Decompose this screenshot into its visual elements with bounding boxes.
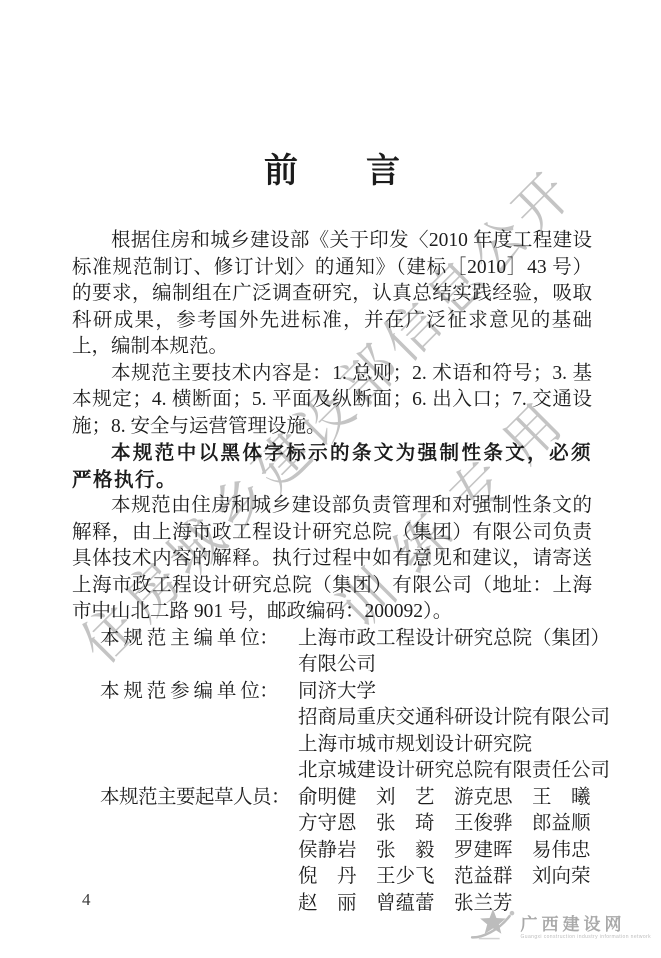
paragraph-basis: 根据住房和城乡建设部《关于印发〈2010 年度工程建设标准规范制订、修订计划〉的… bbox=[72, 228, 592, 361]
document-page: 住房城乡建设部信息公开 训练专用 前 言 根据住房和城乡建设部《关于印发〈201… bbox=[0, 0, 661, 958]
chief-editing-unit-values: 上海市政工程设计研究总院（集团） 有限公司 bbox=[298, 626, 610, 679]
paragraph-administration: 本规范由住房和城乡建设部负责管理和对强制性条文的解释，由上海市政工程设计研究总院… bbox=[72, 493, 592, 626]
credit-line: 招商局重庆交通科研设计院有限公司 bbox=[298, 705, 610, 732]
credit-line: 上海市政工程设计研究总院（集团） bbox=[298, 626, 610, 653]
page-title: 前 言 bbox=[72, 150, 592, 194]
participating-units-row: 本 规 范 参 编 单 位： 同济大学 招商局重庆交通科研设计院有限公司 上海市… bbox=[72, 679, 592, 785]
credit-line: 北京城建设计研究总院有限责任公司 bbox=[298, 758, 610, 785]
drafters-label: 本规范主要起草人员： bbox=[100, 785, 298, 918]
participating-units-values: 同济大学 招商局重庆交通科研设计院有限公司 上海市城市规划设计研究院 北京城建设… bbox=[298, 679, 610, 785]
site-tagline: Guangxi construction industry informatio… bbox=[521, 934, 652, 941]
paragraph-mandatory-clauses: 本规范中以黑体字标示的条文为强制性条文，必须严格执行。 bbox=[72, 440, 592, 493]
drafter-names-line: 俞明健 刘 艺 游克思 王 曦 bbox=[298, 785, 592, 812]
drafters-values: 俞明健 刘 艺 游克思 王 曦 方守恩 张 琦 王俊骅 郎益顺 侯静岩 张 毅 … bbox=[298, 785, 592, 918]
drafter-names-line: 侯静岩 张 毅 罗建晖 易伟忠 bbox=[298, 838, 592, 865]
credits-section: 本 规 范 主 编 单 位： 上海市政工程设计研究总院（集团） 有限公司 本 规… bbox=[72, 626, 592, 918]
site-logo-text: 广西建设网 Guangxi construction industry info… bbox=[521, 915, 652, 941]
drafter-names-line: 方守恩 张 琦 王俊骅 郎益顺 bbox=[298, 811, 592, 838]
shooting-star-icon bbox=[470, 906, 516, 949]
participating-units-label: 本 规 范 参 编 单 位： bbox=[100, 679, 298, 785]
chief-editing-unit-row: 本 规 范 主 编 单 位： 上海市政工程设计研究总院（集团） 有限公司 bbox=[72, 626, 592, 679]
credit-line: 有限公司 bbox=[298, 652, 610, 679]
site-logo: 广西建设网 Guangxi construction industry info… bbox=[470, 906, 652, 949]
chief-editing-unit-label: 本 规 范 主 编 单 位： bbox=[100, 626, 298, 679]
document-content: 前 言 根据住房和城乡建设部《关于印发〈2010 年度工程建设标准规范制订、修订… bbox=[72, 150, 592, 917]
credit-line: 同济大学 bbox=[298, 679, 610, 706]
paragraph-contents: 本规范主要技术内容是：1. 总则；2. 术语和符号；3. 基本规定；4. 横断面… bbox=[72, 361, 592, 441]
drafters-row: 本规范主要起草人员： 俞明健 刘 艺 游克思 王 曦 方守恩 张 琦 王俊骅 郎… bbox=[72, 785, 592, 918]
site-name: 广西建设网 bbox=[521, 915, 652, 934]
credit-line: 上海市城市规划设计研究院 bbox=[298, 732, 610, 759]
drafter-names-line: 倪 丹 王少飞 范益群 刘向荣 bbox=[298, 864, 592, 891]
page-number: 4 bbox=[82, 890, 91, 910]
